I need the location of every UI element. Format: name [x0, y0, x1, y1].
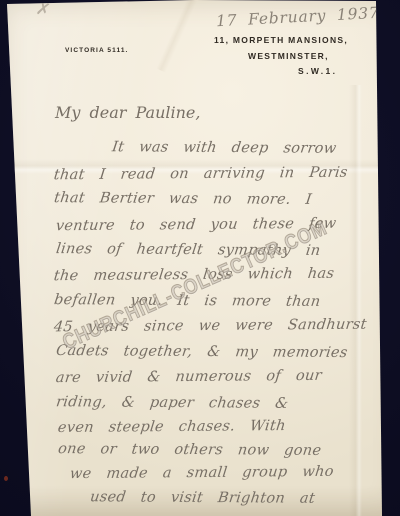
letter-paper: ✗ VICTORIA 5111. 17 February 1937 11, MO…: [0, 0, 400, 516]
handwriting-line: that I read on arriving in Paris: [53, 165, 349, 184]
photo-background: ✗ VICTORIA 5111. 17 February 1937 11, MO…: [0, 0, 400, 516]
handwriting-line: we made a small group who: [69, 464, 335, 482]
handwriting-line: It was with deep sorrow: [111, 139, 337, 157]
handwriting-line: even steeple chases. With: [57, 418, 287, 436]
handwriting-line: Cadets together, & my memories: [55, 343, 348, 361]
handwriting-line: that Bertier was no more. I: [53, 190, 313, 208]
handwriting-line: used to visit Brighton at: [89, 489, 316, 507]
handwriting-line: are vivid & numerous of our: [55, 368, 323, 386]
handwriting-line: one or two others now gone: [57, 441, 322, 459]
handwriting-line: riding, & paper chases &: [55, 394, 289, 412]
letter-body: It was with deep sorrow that I read on a…: [0, 0, 400, 516]
red-speck: [4, 476, 8, 481]
